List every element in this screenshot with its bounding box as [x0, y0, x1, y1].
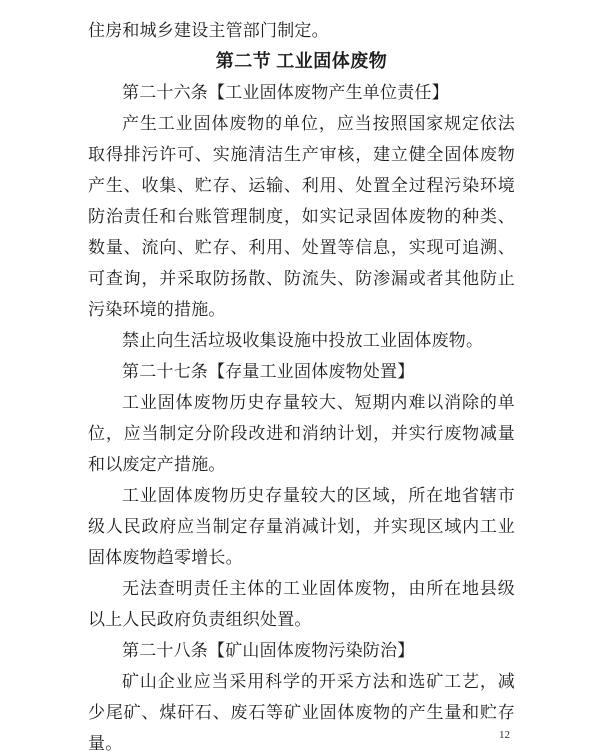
- document-page: 住房和城乡建设主管部门制定。 第二节 工业固体废物 第二十六条【工业固体废物产生…: [0, 0, 600, 754]
- article-26-paragraph-1: 产生工业固体废物的单位，应当按照国家规定依法取得排污许可、实施清洁生产审核，建立…: [88, 108, 515, 325]
- page-number: 12: [499, 729, 510, 741]
- section-heading: 第二节 工业固体废物: [88, 46, 515, 77]
- article-27-paragraph-2: 工业固体废物历史存量较大的区域，所在地省辖市级人民政府应当制定存量消减计划，并实…: [88, 480, 515, 573]
- article-27-heading: 第二十七条【存量工业固体废物处置】: [88, 356, 515, 387]
- article-27-paragraph-3: 无法查明责任主体的工业固体废物，由所在地县级以上人民政府负责组织处置。: [88, 573, 515, 635]
- article-27-paragraph-1: 工业固体废物历史存量较大、短期内难以消除的单位，应当制定分阶段改进和消纳计划，并…: [88, 387, 515, 480]
- article-26-heading: 第二十六条【工业固体废物产生单位责任】: [88, 77, 515, 108]
- article-28-heading: 第二十八条【矿山固体废物污染防治】: [88, 635, 515, 666]
- document-body: 住房和城乡建设主管部门制定。 第二节 工业固体废物 第二十六条【工业固体废物产生…: [88, 15, 515, 754]
- article-26-paragraph-2: 禁止向生活垃圾收集设施中投放工业固体废物。: [88, 325, 515, 356]
- article-28-paragraph-1: 矿山企业应当采用科学的开采方法和选矿工艺，减少尾矿、煤矸石、废石等矿业固体废物的…: [88, 666, 515, 754]
- paragraph-continuation: 住房和城乡建设主管部门制定。: [88, 15, 515, 46]
